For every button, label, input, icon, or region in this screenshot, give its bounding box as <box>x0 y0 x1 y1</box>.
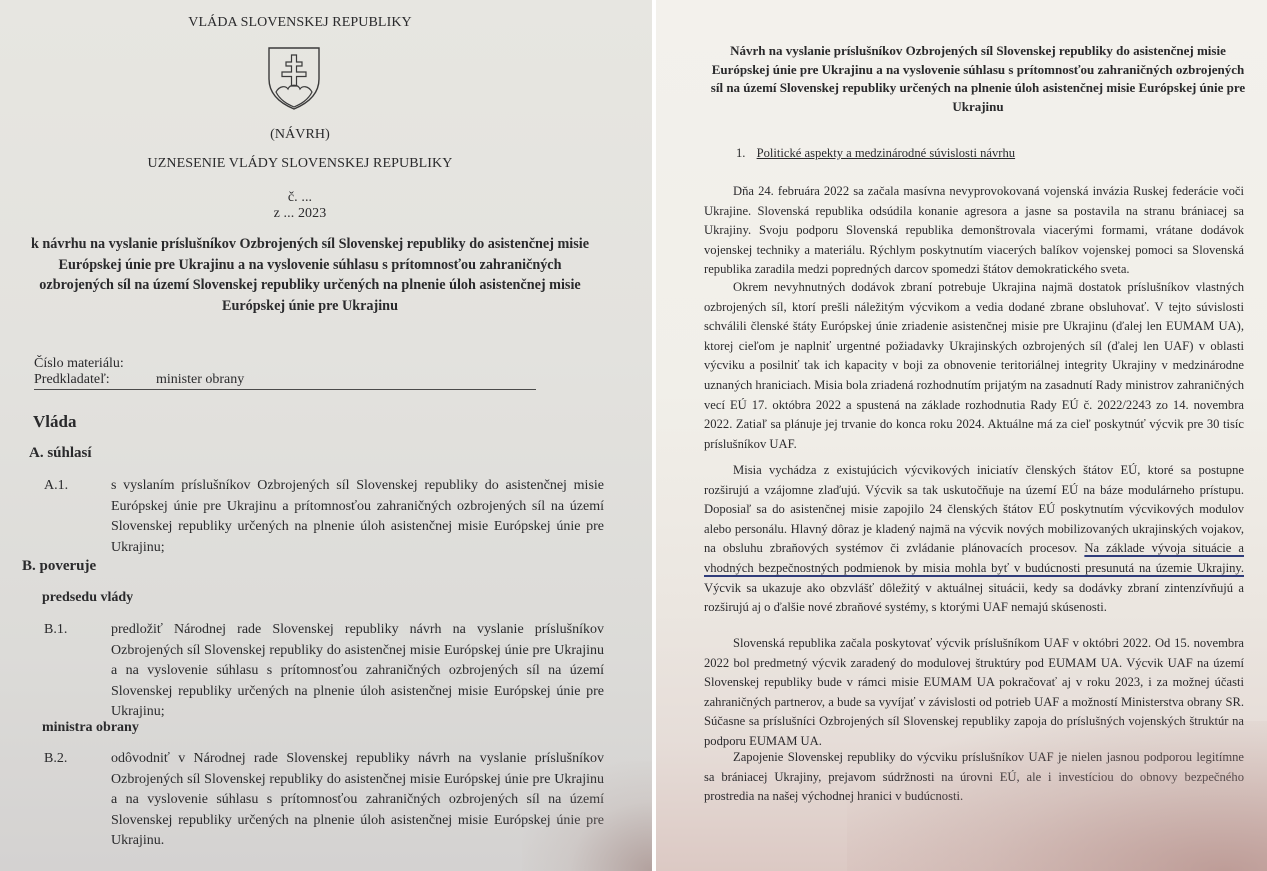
resolution-subject: k návrhu na vyslanie príslušníkov Ozbroj… <box>30 234 590 316</box>
resolution-item: B.2. odôvodniť v Národnej rade Slovenske… <box>44 749 604 852</box>
section-number: 1. <box>736 146 745 160</box>
item-number: A.1. <box>44 476 68 497</box>
submitter-value: minister obrany <box>156 372 244 388</box>
resolution-date: z ... 2023 <box>0 206 600 222</box>
item-text: odôvodniť v Národnej rade Slovenskej rep… <box>111 749 604 852</box>
issuing-body: Vláda <box>33 412 76 432</box>
item-number: B.1. <box>44 620 67 641</box>
section-title: Politické aspekty a medzinárodné súvislo… <box>757 146 1015 160</box>
material-number-label: Číslo materiálu: <box>34 356 124 371</box>
paragraph: Okrem nevyhnutných dodávok zbraní potreb… <box>704 278 1244 454</box>
addressee-prime-minister: predsedu vlády <box>42 590 133 606</box>
item-text: predložiť Národnej rade Slovenskej repub… <box>111 620 604 723</box>
government-name: VLÁDA SLOVENSKEJ REPUBLIKY <box>0 15 600 31</box>
paragraph: Slovenská republika začala poskytovať vý… <box>704 634 1244 752</box>
section-b-heading: B. poveruje <box>22 558 96 575</box>
resolution-item: A.1. s vyslaním príslušníkov Ozbrojených… <box>44 476 604 558</box>
resolution-number: č. ... <box>0 190 600 206</box>
paragraph: Misia vychádza z existujúcich výcvikovýc… <box>704 461 1244 618</box>
item-text: s vyslaním príslušníkov Ozbrojených síl … <box>111 476 604 558</box>
addressee-defence-minister: ministra obrany <box>42 720 139 736</box>
item-number: B.2. <box>44 749 67 770</box>
proposal-page: Návrh na vyslanie príslušníkov Ozbrojený… <box>656 0 1267 871</box>
resolution-cover-page: VLÁDA SLOVENSKEJ REPUBLIKY (NÁVRH) UZNES… <box>0 0 652 871</box>
paragraph: Zapojenie Slovenskej republiky do výcvik… <box>704 748 1244 807</box>
divider <box>34 389 536 390</box>
paragraph-text: Výcvik sa ukazuje ako obzvlášť dôležitý … <box>704 581 1244 615</box>
section-heading: 1. Politické aspekty a medzinárodné súvi… <box>736 146 1015 161</box>
draft-label: (NÁVRH) <box>0 127 600 143</box>
submitter-label: Predkladateľ: <box>34 372 110 387</box>
paragraph: Dňa 24. februára 2022 sa začala masívna … <box>704 182 1244 280</box>
section-a-heading: A. súhlasí <box>29 445 92 462</box>
material-number-row: Číslo materiálu: <box>34 356 124 372</box>
proposal-title: Návrh na vyslanie príslušníkov Ozbrojený… <box>708 42 1248 116</box>
resolution-item: B.1. predložiť Národnej rade Slovenskej … <box>44 620 604 723</box>
submitter-row: Predkladateľ: minister obrany <box>34 372 110 388</box>
slovak-coat-of-arms-icon <box>266 45 322 111</box>
document-type: UZNESENIE VLÁDY SLOVENSKEJ REPUBLIKY <box>0 156 600 172</box>
